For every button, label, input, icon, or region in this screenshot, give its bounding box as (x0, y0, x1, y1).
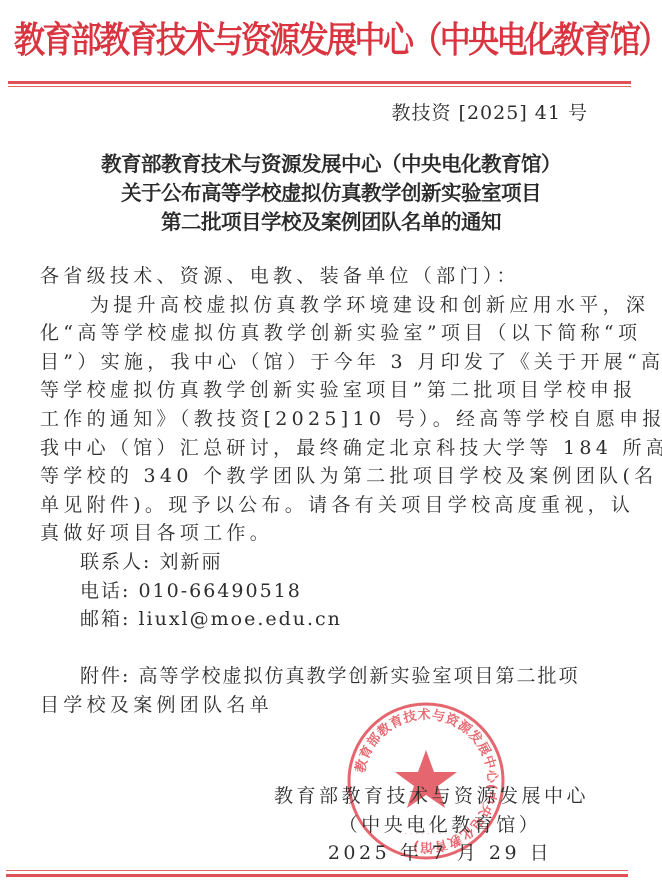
document-number: 教技资 [2025] 41 号 (392, 98, 588, 125)
paragraph-line: 化“高等学校虚拟仿真教学创新实验室”项目（以下简称“项 (40, 319, 592, 348)
header-rule-thick (8, 81, 631, 84)
signature-date: 2025 年 7 月 29 日 (250, 839, 630, 868)
paragraph-line: 为提升高校虚拟仿真教学环境建设和创新应用水平，深 (40, 291, 592, 320)
paragraph-line: 等学校的 340 个教学团队为第二批项目学校及案例团队(名 (40, 462, 592, 491)
footer-rule-thin (6, 870, 628, 871)
salutation: 各省级技术、资源、电教、装备单位（部门）： (40, 262, 592, 291)
title-line-1: 教育部教育技术与资源发展中心（中央电化教育馆） (0, 150, 662, 179)
paragraph-line: 单见附件)。现予以公布。请各有关项目学校高度重视，认 (40, 491, 592, 520)
contact-person: 联系人: 刘新丽 (40, 548, 592, 577)
title-line-2: 关于公布高等学校虚拟仿真教学创新实验室项目 (0, 179, 662, 208)
paragraph-line: 我中心（馆）汇总研讨，最终确定北京科技大学等 184 所高 (40, 434, 592, 463)
spacer (40, 634, 592, 663)
paragraph-line: 等学校虚拟仿真教学创新实验室项目”第二批项目学校申报 (40, 376, 592, 405)
title-line-3: 第二批项目学校及案例团队名单的通知 (0, 208, 662, 237)
header-rule-thin (8, 86, 631, 87)
attachment-line: 目学校及案例团队名单 (40, 691, 592, 720)
paragraph-line: 工作的通知》（教技资[2025]10 号）。经高等学校自愿申报、 (40, 405, 592, 434)
signature-block: 教育部教育技术与资源发展中心 （中央电化教育馆） 2025 年 7 月 29 日 (250, 782, 630, 868)
signature-org: 教育部教育技术与资源发展中心 (250, 782, 630, 811)
attachment-line: 附件: 高等学校虚拟仿真教学创新实验室项目第二批项 (40, 662, 592, 691)
notice-body: 各省级技术、资源、电教、装备单位（部门）： 为提升高校虚拟仿真教学环境建设和创新… (40, 262, 592, 720)
contact-phone: 电话: 010-66490518 (40, 577, 592, 606)
paragraph-line: 真做好项目各项工作。 (40, 519, 592, 548)
letterhead-title: 教育部教育技术与资源发展中心（中央电化教育馆）函件 (14, 12, 547, 62)
footer-rule-thick (6, 874, 628, 877)
contact-email[interactable]: 邮箱: liuxl@moe.edu.cn (40, 605, 592, 634)
notice-title: 教育部教育技术与资源发展中心（中央电化教育馆） 关于公布高等学校虚拟仿真教学创新… (0, 150, 662, 237)
signature-org-sub: （中央电化教育馆） (250, 811, 630, 840)
paragraph-line: 目”）实施，我中心（馆）于今年 3 月印发了《关于开展“高 (40, 348, 592, 377)
